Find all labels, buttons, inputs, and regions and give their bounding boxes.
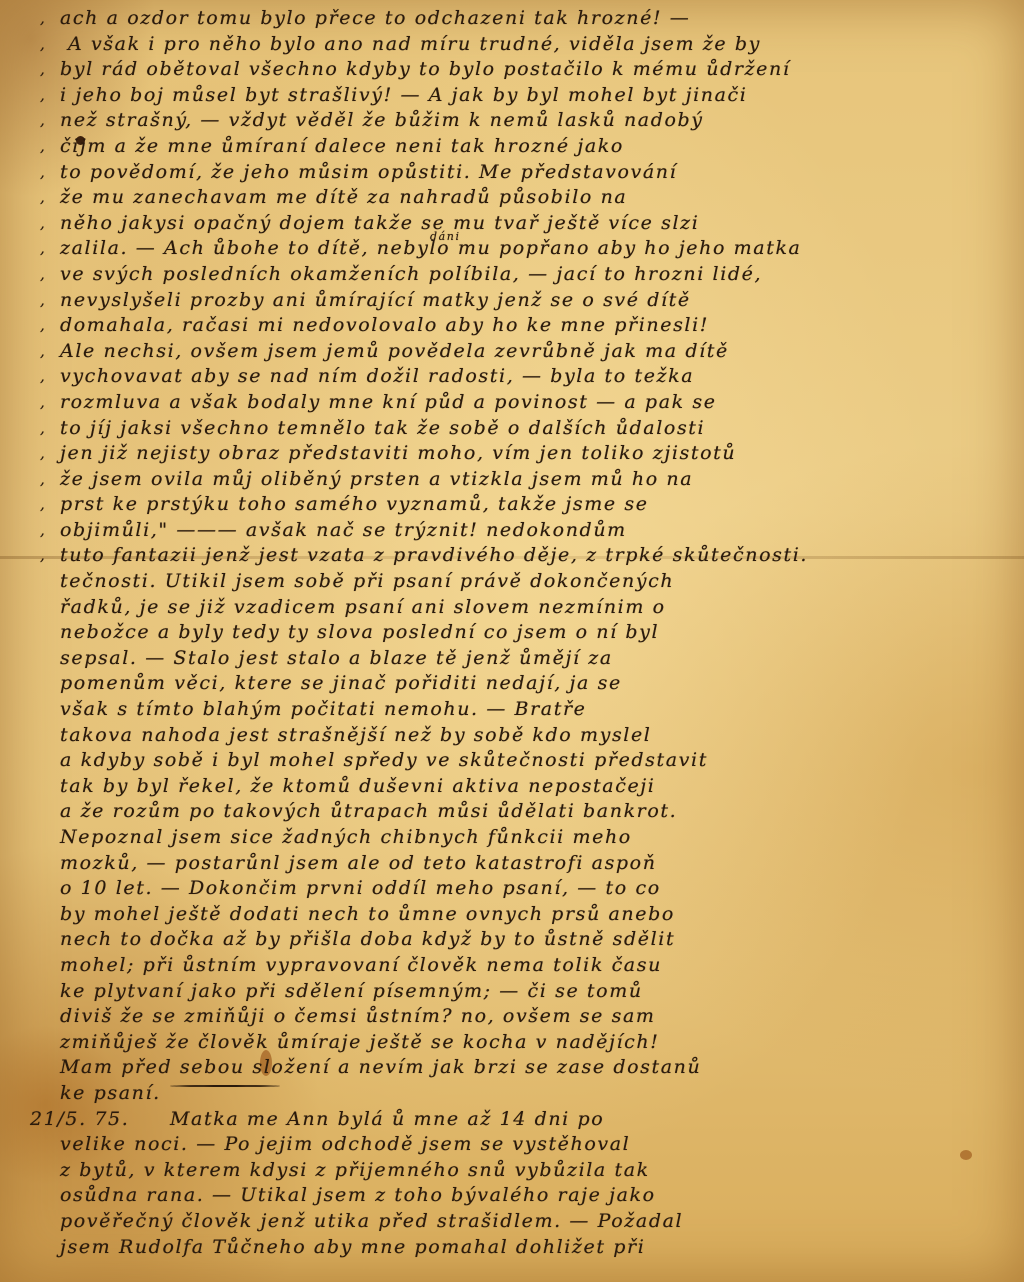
text-line: by mohel ještě dodati nech to ůmne ovnyc… bbox=[60, 902, 1004, 928]
line-margin-mark: , bbox=[40, 108, 46, 134]
text-line: ,ach a ozdor tomu bylo přece to odchazen… bbox=[60, 6, 1004, 32]
text-line: ,A však i pro něho bylo ano nad míru tru… bbox=[60, 32, 1004, 58]
text-line: ,rozmluva a však bodaly mne kní půd a po… bbox=[60, 390, 1004, 416]
line-text: sepsal. — Stalo jest stalo a blaze tě je… bbox=[60, 647, 613, 669]
line-text: prst ke prstýku toho samého vyznamů, tak… bbox=[60, 493, 649, 515]
line-text: ke psaní. bbox=[60, 1082, 161, 1104]
line-text: řadků, je se již vzadicem psaní ani slov… bbox=[60, 596, 666, 618]
line-text: tečnosti. Utikil jsem sobě při psaní prá… bbox=[60, 570, 674, 592]
line-text: nebožce a byly tedy ty slova poslední co… bbox=[60, 621, 659, 643]
line-margin-mark: , bbox=[40, 6, 46, 32]
text-line: zmiňůješ že člověk ůmíraje ještě se koch… bbox=[60, 1030, 1004, 1056]
text-line: ,i jeho boj můsel byt strašlivý! — A jak… bbox=[60, 83, 1004, 109]
line-margin-mark: , bbox=[40, 313, 46, 339]
text-line: takova nahoda jest strašnější než by sob… bbox=[60, 723, 1004, 749]
text-line: mozků, — postarůnl jsem ale od teto kata… bbox=[60, 851, 1004, 877]
text-line: ,to jíj jaksi všechno temnělo tak že sob… bbox=[60, 416, 1004, 442]
line-text: diviš že se zmiňůji o čemsi ůstním? no, … bbox=[60, 1005, 656, 1027]
line-margin-mark: , bbox=[40, 211, 46, 237]
text-line: nech to dočka až by přišla doba když by … bbox=[60, 927, 1004, 953]
text-line: ,čijm a že mne ůmíraní dalece neni tak h… bbox=[60, 134, 1004, 160]
line-text: pomenům věci, ktere se jinač pořiditi ne… bbox=[60, 672, 622, 694]
line-text: pověřečný člověk jenž utika před strašid… bbox=[60, 1210, 683, 1232]
text-line: Mam před sebou složení a nevím jak brzi … bbox=[60, 1055, 1004, 1081]
line-margin-mark: , bbox=[40, 185, 46, 211]
line-margin-mark: , bbox=[40, 83, 46, 109]
line-margin-mark: , bbox=[40, 416, 46, 442]
line-text: jen již nejisty obraz představiti moho, … bbox=[60, 442, 736, 464]
line-text: to povědomí, že jeho můsim opůstiti. Me … bbox=[60, 161, 677, 183]
text-line: ,než strašný, — vždyt věděl že bůžim k n… bbox=[60, 108, 1004, 134]
line-text: nevyslyšeli prozby ani ůmírající matky j… bbox=[60, 289, 691, 311]
line-margin-mark: , bbox=[40, 160, 46, 186]
manuscript-page: ,ach a ozdor tomu bylo přece to odchazen… bbox=[0, 0, 1024, 1282]
line-text: rozmluva a však bodaly mne kní půd a pov… bbox=[60, 391, 717, 413]
line-text: ach a ozdor tomu bylo přece to odchazeni… bbox=[60, 7, 690, 29]
line-text: domahala, račasi mi nedovolovalo aby ho … bbox=[60, 314, 709, 336]
line-margin-mark: , bbox=[40, 262, 46, 288]
text-line: ke psaní. bbox=[60, 1081, 1004, 1107]
text-line: ,tuto fantazii jenž jest vzata z pravdiv… bbox=[60, 543, 1004, 569]
line-text: jsem Rudolfa Tůčneho aby mne pomahal doh… bbox=[60, 1236, 645, 1258]
line-text: Ale nechsi, ovšem jsem jemů povědela zev… bbox=[60, 340, 729, 362]
line-text: tak by byl řekel, že ktomů duševni aktiv… bbox=[60, 775, 655, 797]
line-text: z bytů, v kterem kdysi z přijemného snů … bbox=[60, 1159, 650, 1181]
line-text: Matka me Ann bylá ů mne až 14 dni po bbox=[100, 1108, 604, 1130]
line-margin-mark: , bbox=[40, 236, 46, 262]
line-text: velike noci. — Po jejim odchodě jsem se … bbox=[60, 1133, 630, 1155]
text-line: ,jen již nejisty obraz představiti moho,… bbox=[60, 441, 1004, 467]
text-line: Nepoznal jsem sice žadných chibnych fůnk… bbox=[60, 825, 1004, 851]
text-line: ,ve svých posledních okamženích políbila… bbox=[60, 262, 1004, 288]
text-line: ,zalila. — Ach ůbohe to dítě, nebylo mu … bbox=[60, 236, 1004, 262]
line-text: o 10 let. — Dokončim prvni oddíl meho ps… bbox=[60, 877, 661, 899]
line-text: to jíj jaksi všechno temnělo tak že sobě… bbox=[60, 417, 705, 439]
line-text: než strašný, — vždyt věděl že bůžim k ne… bbox=[60, 109, 704, 131]
text-line: sepsal. — Stalo jest stalo a blaze tě je… bbox=[60, 646, 1004, 672]
text-line: pověřečný člověk jenž utika před strašid… bbox=[60, 1209, 1004, 1235]
line-text: byl rád obětoval všechno kdyby to bylo p… bbox=[60, 58, 791, 80]
line-text: Nepoznal jsem sice žadných chibnych fůnk… bbox=[60, 826, 632, 848]
text-line: ,Ale nechsi, ovšem jsem jemů povědela ze… bbox=[60, 339, 1004, 365]
line-text: by mohel ještě dodati nech to ůmne ovnyc… bbox=[60, 903, 675, 925]
text-line: o 10 let. — Dokončim prvni oddíl meho ps… bbox=[60, 876, 1004, 902]
line-text: mozků, — postarůnl jsem ale od teto kata… bbox=[60, 852, 657, 874]
text-line: jsem Rudolfa Tůčneho aby mne pomahal doh… bbox=[60, 1235, 1004, 1261]
text-line: však s tímto blahým počitati nemohu. — B… bbox=[60, 697, 1004, 723]
line-text: Mam před sebou složení a nevím jak brzi … bbox=[60, 1056, 701, 1078]
text-line: diviš že se zmiňůji o čemsi ůstním? no, … bbox=[60, 1004, 1004, 1030]
text-line: ,vychovavat aby se nad ním dožil radosti… bbox=[60, 364, 1004, 390]
line-text: čijm a že mne ůmíraní dalece neni tak hr… bbox=[60, 135, 624, 157]
text-line: tak by byl řekel, že ktomů duševni aktiv… bbox=[60, 774, 1004, 800]
text-line: tečnosti. Utikil jsem sobě při psaní prá… bbox=[60, 569, 1004, 595]
line-margin-mark: , bbox=[40, 390, 46, 416]
handwritten-text-body: ,ach a ozdor tomu bylo přece to odchazen… bbox=[60, 6, 1004, 1260]
line-margin-mark: , bbox=[40, 32, 46, 58]
line-margin-mark: , bbox=[40, 518, 46, 544]
text-line: ,že mu zanechavam me dítě za nahradů půs… bbox=[60, 185, 1004, 211]
text-line: ke plytvaní jako při sdělení písemným; —… bbox=[60, 979, 1004, 1005]
line-text: zmiňůješ že člověk ůmíraje ještě se koch… bbox=[60, 1031, 659, 1053]
line-text: osůdna rana. — Utikal jsem z toho bývalé… bbox=[60, 1184, 656, 1206]
text-line: pomenům věci, ktere se jinač pořiditi ne… bbox=[60, 671, 1004, 697]
line-text: ke plytvaní jako při sdělení písemným; —… bbox=[60, 980, 643, 1002]
line-text: objimůli," ——— avšak nač se trýznit! ned… bbox=[60, 519, 627, 541]
text-line: velike noci. — Po jejim odchodě jsem se … bbox=[60, 1132, 1004, 1158]
line-margin-mark: , bbox=[40, 134, 46, 160]
line-text: a že rozům po takových ůtrapach můsi ůdě… bbox=[60, 800, 677, 822]
text-line: ,to povědomí, že jeho můsim opůstiti. Me… bbox=[60, 160, 1004, 186]
line-text: A však i pro něho bylo ano nad míru trud… bbox=[68, 33, 761, 55]
text-line: a že rozům po takových ůtrapach můsi ůdě… bbox=[60, 799, 1004, 825]
line-text: a kdyby sobě i byl mohel spředy ve skůte… bbox=[60, 749, 708, 771]
line-margin-mark: , bbox=[40, 543, 46, 569]
line-text: takova nahoda jest strašnější než by sob… bbox=[60, 724, 652, 746]
line-text: něho jakysi opačný dojem takže se mu tva… bbox=[60, 212, 699, 234]
line-margin-mark: , bbox=[40, 339, 46, 365]
text-line: nebožce a byly tedy ty slova poslední co… bbox=[60, 620, 1004, 646]
text-line: ,že jsem ovila můj oliběný prsten a vtiz… bbox=[60, 467, 1004, 493]
text-line: řadků, je se již vzadicem psaní ani slov… bbox=[60, 595, 1004, 621]
text-line-dated-entry: 21/5. 75.Matka me Ann bylá ů mne až 14 d… bbox=[60, 1107, 1004, 1133]
interlinear-insertion: dáni bbox=[430, 224, 461, 250]
line-margin-mark: , bbox=[40, 288, 46, 314]
line-text: že mu zanechavam me dítě za nahradů půso… bbox=[60, 186, 627, 208]
text-line: mohel; při ůstním vypravovaní člověk nem… bbox=[60, 953, 1004, 979]
line-margin-mark: , bbox=[40, 467, 46, 493]
line-text: tuto fantazii jenž jest vzata z pravdivé… bbox=[60, 544, 808, 566]
line-text: však s tímto blahým počitati nemohu. — B… bbox=[60, 698, 587, 720]
line-margin-mark: , bbox=[40, 364, 46, 390]
line-text: vychovavat aby se nad ním dožil radosti,… bbox=[60, 365, 694, 387]
line-margin-mark: , bbox=[40, 492, 46, 518]
section-end-flourish bbox=[170, 1085, 280, 1087]
entry-date: 21/5. 75. bbox=[30, 1107, 129, 1133]
text-line: ,domahala, račasi mi nedovolovalo aby ho… bbox=[60, 313, 1004, 339]
line-text: mohel; při ůstním vypravovaní člověk nem… bbox=[60, 954, 662, 976]
line-text: i jeho boj můsel byt strašlivý! — A jak … bbox=[60, 84, 747, 106]
text-line: ,nevyslyšeli prozby ani ůmírající matky … bbox=[60, 288, 1004, 314]
text-line: ,byl rád obětoval všechno kdyby to bylo … bbox=[60, 57, 1004, 83]
text-line: a kdyby sobě i byl mohel spředy ve skůte… bbox=[60, 748, 1004, 774]
line-margin-mark: , bbox=[40, 441, 46, 467]
text-line: z bytů, v kterem kdysi z přijemného snů … bbox=[60, 1158, 1004, 1184]
text-line: osůdna rana. — Utikal jsem z toho bývalé… bbox=[60, 1183, 1004, 1209]
text-line: ,prst ke prstýku toho samého vyznamů, ta… bbox=[60, 492, 1004, 518]
line-margin-mark: , bbox=[40, 57, 46, 83]
line-text: nech to dočka až by přišla doba když by … bbox=[60, 928, 675, 950]
text-line: ,něho jakysi opačný dojem takže se mu tv… bbox=[60, 211, 1004, 237]
line-text: že jsem ovila můj oliběný prsten a vtizk… bbox=[60, 468, 693, 490]
text-line: ,objimůli," ——— avšak nač se trýznit! ne… bbox=[60, 518, 1004, 544]
line-text: ve svých posledních okamženích políbila,… bbox=[60, 263, 762, 285]
